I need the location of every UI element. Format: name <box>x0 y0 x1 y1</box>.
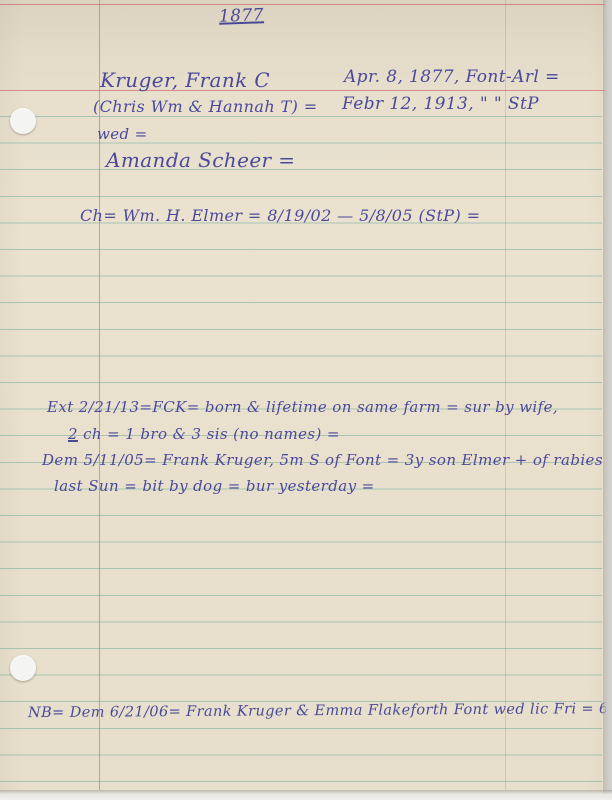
right-margin-line <box>505 0 506 790</box>
left-margin-line <box>99 0 100 790</box>
siblings-text: ch = 1 bro & 3 sis (no names) = <box>78 425 340 443</box>
obituary-note-line-4: last Sun = bit by dog = bur yesterday = <box>54 479 375 494</box>
children-count: 2 <box>68 425 78 443</box>
year-heading: 1877 <box>219 7 264 26</box>
scan-edge-bottom <box>0 790 612 800</box>
children-line: Ch= Wm. H. Elmer = 8/19/02 — 5/8/05 (StP… <box>80 208 480 224</box>
death-date: Febr 12, 1913, " " StP <box>342 96 539 113</box>
obituary-note-line-1: Ext 2/21/13=FCK= born & lifetime on same… <box>47 400 558 415</box>
obituary-note-line-3: Dem 5/11/05= Frank Kruger, 5m S of Font … <box>42 453 603 468</box>
footnote-line: NB= Dem 6/21/06= Frank Kruger & Emma Fla… <box>28 700 612 721</box>
spouse-name: Amanda Scheer = <box>106 150 295 170</box>
hole-punch-top <box>10 108 36 134</box>
scan-edge-right <box>603 0 612 800</box>
subject-name: Kruger, Frank C <box>100 70 270 90</box>
notebook-page: 1877 Kruger, Frank C Apr. 8, 1877, Font-… <box>0 0 612 800</box>
wed-label: wed = <box>97 127 148 142</box>
header-rule-line <box>0 90 612 91</box>
parents-line: (Chris Wm & Hannah T) = <box>93 99 318 115</box>
hole-punch-bottom <box>10 655 36 681</box>
top-margin-line <box>0 4 612 5</box>
footnote-text: NB= Dem 6/21/06= Frank Kruger & Emma Fla… <box>28 701 612 721</box>
birth-date: Apr. 8, 1877, Font-Arl = <box>344 69 560 86</box>
obituary-note-line-2: 2 ch = 1 bro & 3 sis (no names) = <box>68 427 340 442</box>
